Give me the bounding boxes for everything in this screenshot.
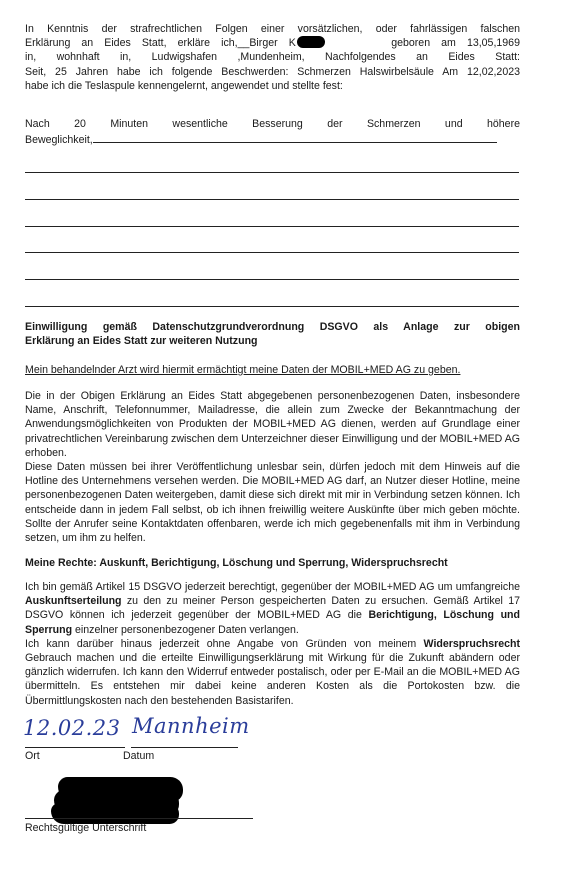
doctor-authorization-text: Mein behandelnder Arzt wird hiermit ermä… [25,363,520,377]
blank-line-6[interactable] [25,306,519,307]
rights-p1-bold-information: Auskunftserteilung [25,595,122,607]
label-place: Ort [25,750,40,762]
rights-heading-text: Meine Rechte: Auskunft, Berichtigung, Lö… [25,556,520,570]
redacted-signature-bottom [51,803,179,824]
declaration-line-2-post: geboren am 13,05,1969 [391,37,520,49]
consent-paragraph-1: Die in der Obigen Erklärung an Eides Sta… [25,389,520,460]
declaration-line-3: in, wohnhaft in, Ludwigshafen ,Mundenhei… [25,50,520,64]
date-line[interactable] [25,747,125,748]
signature-line[interactable] [25,818,253,819]
redacted-surname [297,36,325,48]
rights-p1-text-c: einzelner personenbezogener Daten verlan… [72,624,299,636]
consent-heading: Einwilligung gemäß Datenschutzgrundveror… [25,320,520,348]
declaration-line-4: Seit, 25 Jahren habe ich folgende Beschw… [25,65,520,79]
label-signature: Rechtsgültige Unterschrift [25,822,146,834]
rights-p1-text-a: Ich bin gemäß Artikel 15 DSGVO jederzeit… [25,581,520,593]
finding-section: Nach 20 Minuten wesentliche Besserung de… [25,117,520,147]
blank-line-4[interactable] [25,252,519,253]
rights-paragraph-1: Ich bin gemäß Artikel 15 DSGVO jederzeit… [25,580,520,637]
consent-body: Die in der Obigen Erklärung an Eides Sta… [25,389,520,545]
handwritten-place: Mannheim [132,714,250,738]
declaration-line-1: In Kenntnis der strafrechtlichen Folgen … [25,22,520,36]
rights-heading: Meine Rechte: Auskunft, Berichtigung, Lö… [25,556,520,570]
rights-p2-text-a: Ich kann darüber hinaus jederzeit ohne A… [25,638,424,650]
blank-line-2[interactable] [25,199,519,200]
rights-p2-text-b: Gebrauch machen und die erteilte Einwill… [25,652,520,707]
handwritten-date: 12.02.23 [23,716,121,740]
rights-p2-bold-objection: Widerspruchsrecht [424,638,520,650]
finding-blank-line[interactable] [93,131,497,143]
consent-paragraph-2: Diese Daten müssen bei ihrer Veröffentli… [25,460,520,545]
finding-line-2: Beweglichkeit, [25,131,520,147]
blank-line-1[interactable] [25,172,519,173]
declaration-line-2: Erklärung an Eides Statt, erkläre ich,__… [25,36,520,50]
consent-heading-line-1: Einwilligung gemäß Datenschutzgrundveror… [25,320,520,334]
blank-line-5[interactable] [25,279,519,280]
place-line[interactable] [131,747,238,748]
finding-line-1: Nach 20 Minuten wesentliche Besserung de… [25,117,520,131]
blank-line-3[interactable] [25,226,519,227]
doctor-authorization: Mein behandelnder Arzt wird hiermit ermä… [25,363,520,377]
declaration-section: In Kenntnis der strafrechtlichen Folgen … [25,22,520,93]
label-date: Datum [123,750,154,762]
rights-body: Ich bin gemäß Artikel 15 DSGVO jederzeit… [25,580,520,708]
declaration-line-2-pre: Erklärung an Eides Statt, erkläre ich,__… [25,37,296,49]
consent-heading-line-2: Erklärung an Eides Statt zur weiteren Nu… [25,334,520,348]
rights-paragraph-2: Ich kann darüber hinaus jederzeit ohne A… [25,637,520,708]
declaration-line-5: habe ich die Teslaspule kennengelernt, a… [25,79,520,93]
finding-line-2-text: Beweglichkeit, [25,134,93,146]
